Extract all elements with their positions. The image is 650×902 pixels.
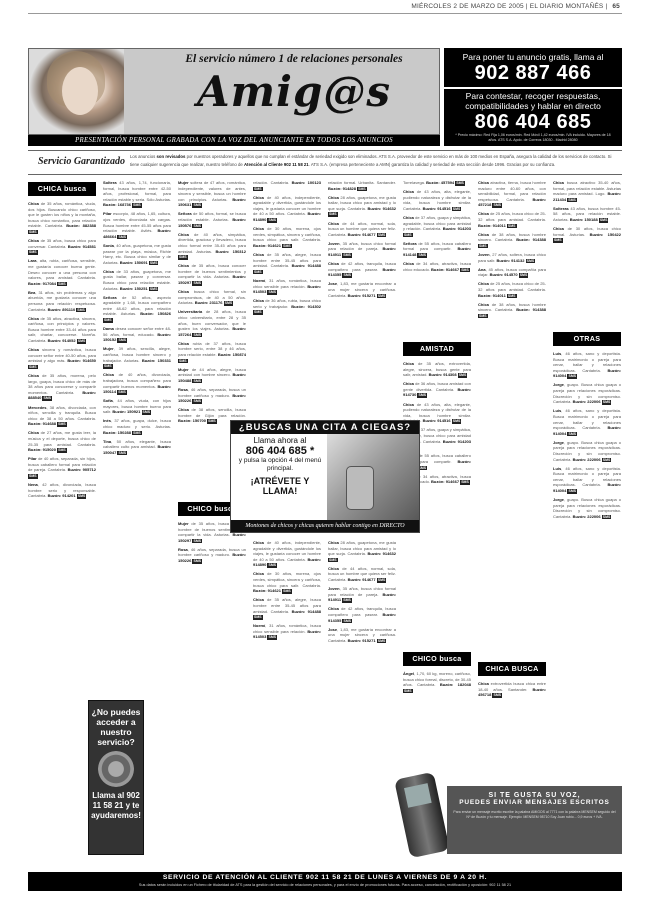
ad-item: Chica de 34 años, atractiva, busca chico… — [403, 261, 471, 272]
ad-item: Chica de 43 años, alta, elegante, pudien… — [403, 189, 471, 211]
ad-item: Pilar de 40 años, separada, sin hijos, b… — [28, 456, 96, 478]
ad-item: Luis, 46 años, sano y deportista. Busca … — [553, 351, 621, 379]
ad-item: Jose, 1,83, me gustaría encontrar a una … — [328, 627, 396, 644]
ad-item: Sonia, 40 años, guapetona, me gusta pase… — [103, 243, 171, 265]
ad-item: Chica de 35 años, alegre, busca hombre e… — [253, 252, 321, 274]
ad-item: Mujer, 39 años, sencilla, alegre, cariño… — [103, 346, 171, 368]
ad-item: Señora de 52 años, aspecto agradable y 1… — [103, 295, 171, 323]
section-chico-busca-chico: CHICO busca CHICO — [403, 652, 471, 666]
ad-item: Chica de 27 años, me gusta leer, la músi… — [28, 430, 96, 452]
ad-item: Inés, 37 años, guapa, dulce, busca chico… — [103, 418, 171, 435]
ad-item: Chica de 30 años, morena, ojos verdes, s… — [253, 571, 321, 593]
ad-item: Chica de 35 años, busca chico para conve… — [28, 238, 96, 255]
section-chica-busca-chico: CHICA busca CHICO — [28, 182, 96, 196]
guarantee-text: Los anuncios son revisados por nuestros … — [130, 153, 618, 168]
voice-sms-line2: PUEDES ENVIAR MENSAJES ESCRITOS — [447, 799, 622, 806]
column-5-lower: Chica 28 años, guapetona, me gusta baila… — [328, 540, 396, 647]
ad-item: Jose, 1,83, me gustaría encontrar a una … — [328, 281, 396, 298]
ad-item: Chica de 37 años, guapa y simpática, agr… — [403, 215, 471, 237]
gear-icon — [98, 751, 134, 787]
service-help-call[interactable]: Llama al 902 11 58 21 y te ayudaremos! — [89, 791, 143, 821]
ad-item: Chica de 30 años, morena, ojos verdes, s… — [253, 226, 321, 248]
ad-item: Tina, 50 años, elegante, busca caballero… — [103, 439, 171, 456]
ad-item: Chica de 44 años, normal, sola, busca un… — [328, 221, 396, 238]
ad-item: Mujer de 44 años, alegre, busca amistad … — [178, 367, 246, 384]
ad-item: Chica de 40 años, independiente, agradab… — [253, 195, 321, 223]
ad-item: Luis, 46 años, sano y deportista. Busca … — [553, 408, 621, 436]
photo-face — [62, 67, 98, 115]
guarantee-phone: Atención al Cliente 902 11 58 21 — [244, 162, 309, 167]
phone-screen — [404, 783, 432, 808]
voice-sms-box: SI TE GUSTA SU VOZ, PUEDES ENVIAR MENSAJ… — [447, 786, 622, 854]
ad-item: Chica de 38 años, busca hombre sincero. … — [478, 232, 546, 249]
ad-item: Chica de 36 años, busca amistad con gent… — [403, 381, 471, 398]
pricing-fine-print: * Precio máximo: Red Fija 1,06 euros/min… — [444, 133, 622, 142]
guarantee-text-bold: son revisados — [157, 154, 186, 159]
ad-item: Chica extrovertida busca chica entre 18-… — [478, 681, 546, 698]
ad-item: Lara, alta, rubia, cariñosa, sensible, m… — [28, 258, 96, 286]
amigas-banner: El servicio número 1 de relaciones perso… — [28, 48, 622, 146]
page-folio: MIÉRCOLES 2 DE MARZO DE 2005 | EL DIARIO… — [411, 3, 620, 10]
ad-item: Chica de 25 años, busca chico de 25-32 a… — [478, 281, 546, 298]
ad-item: Jorge, guapo. Busca chica guapa o pareja… — [553, 497, 621, 519]
column-1: CHICA busca CHICO Chica de 35 años, romá… — [28, 180, 96, 860]
ad-item: Chica de 40 años, divorciada, trabajador… — [103, 372, 171, 394]
ad-item: Luis, 46 años, sano y deportista. Busca … — [553, 466, 621, 494]
section-otras-relaciones: OTRAS RELACIONES — [553, 332, 621, 346]
column-8: Chica busca atractivo 35-40 años, formal… — [553, 180, 621, 860]
footer-service-hours: SERVICIO DE ATENCIÓN AL CLIENTE 902 11 5… — [28, 873, 622, 882]
reply-phone[interactable]: 806 404 685 — [444, 111, 622, 133]
ad-item: Pilar escorpio, 48 años, 1,65, cultura, … — [103, 211, 171, 239]
column-7: Chica atractiva, tierna, busca hombre ma… — [478, 180, 546, 860]
ad-item: Señora de 50 años, formal, se busca rela… — [178, 211, 246, 228]
blind-date-copy: Llama ahora al 806 404 685 * y pulsa la … — [235, 436, 325, 496]
post-ad-label: Para poner tu anuncio gratis, llama al — [444, 52, 622, 62]
blind-date-headline: ¿BUSCAS UNA CITA A CIEGAS? — [231, 421, 419, 434]
ad-item: Chica de 35 años, morena, pelo largo, gu… — [28, 373, 96, 401]
ad-item: Chica de 33 años, guapetona, me gusta ba… — [103, 269, 171, 291]
ad-item: Noemí, 31 años, romántica, busca chico s… — [253, 623, 321, 640]
otras-relaciones-block: OTRAS RELACIONES Luis, 46 años, sano y d… — [553, 330, 621, 523]
guarantee-strip: Servicio Garantizado Los anuncios son re… — [28, 150, 622, 175]
blind-date-promo[interactable]: ¿BUSCAS UNA CITA A CIEGAS? Llama ahora a… — [230, 420, 420, 533]
ad-item: Chica de 35 años, alegre, busca hombre e… — [253, 597, 321, 619]
mobile-phone-icon — [346, 466, 374, 510]
ad-item: Chica de 25 años, busca chico de 25-32 a… — [478, 211, 546, 228]
ad-item: Chica rubia de 37 años, busca hombre ser… — [178, 341, 246, 363]
ad-item: Solteras 43 años, busca hombre 45-58 año… — [553, 206, 621, 223]
post-ad-phone[interactable]: 902 887 466 — [444, 62, 622, 84]
ad-item: Joven, 35 años, busca chico formal para … — [328, 241, 396, 258]
ad-item: Rosa, 46 años, separada, busca un hombre… — [178, 387, 246, 404]
section-amistad: AMISTAD — [403, 342, 471, 356]
ad-item: Chica busca chico formal, sin compromiso… — [178, 289, 246, 306]
blind-date-cta: ¡ATRÉVETE Y LLAMA! — [235, 476, 325, 496]
ad-item: relación. Cantabria. Buzón: 100123 SMS — [253, 180, 321, 191]
ad-item: Bea, 31 años, sin problemas y algo aburr… — [28, 290, 96, 312]
chico-busca-chico-block: CHICO busca CHICO Ángel, 1,70, 60 kg, mo… — [403, 650, 471, 697]
ad-item: Rosa, 46 años, separada, busca un hombre… — [178, 547, 246, 564]
ad-item: Mujer soltera de 47 años, romántica, ind… — [178, 180, 246, 208]
guarantee-title: Servicio Garantizado — [38, 156, 125, 167]
ad-item: Chica de 42 años, tranquila, busca compa… — [328, 606, 396, 623]
footer-privacy-notice: Sus datos serán incluidos en un Fichero … — [28, 882, 622, 889]
service-help-question: ¿No puedes acceder a nuestro servicio? — [89, 707, 143, 747]
folio-date: MIÉRCOLES 2 DE MARZO DE 2005 — [411, 3, 524, 10]
ad-item: Nena, 42 años, divorciada, busca hombre … — [28, 482, 96, 499]
ad-item: Mercedes, 38 años, divorciada, con niños… — [28, 405, 96, 427]
ad-item: Chica de 44 años, normal, sola, busca un… — [328, 566, 396, 583]
ad-item: Chica de 40 años, simpática, divertida, … — [178, 232, 246, 260]
column-4-lower: Chica de 40 años, independiente, agradab… — [253, 540, 321, 644]
ad-item: Chica de 35 años, atractiva, sincera, ca… — [28, 316, 96, 344]
ad-item: Chica de 36 años, rubia, busca chico ser… — [253, 298, 321, 315]
customer-service-footer: SERVICIO DE ATENCIÓN AL CLIENTE 902 11 5… — [28, 872, 622, 891]
ad-item: Señora de 55 años, busca caballero forma… — [403, 241, 471, 258]
chica-busca-chica-block: CHICA BUSCA CHICA Chica extrovertida bus… — [478, 660, 546, 701]
blind-date-footer: Montones de chicos y chicas quieren habl… — [231, 520, 419, 532]
ad-item: Joven, 27 años, soltera, busca chico par… — [478, 252, 546, 263]
folio-page-number: 65 — [612, 3, 620, 10]
blind-date-phone[interactable]: 806 404 685 * — [235, 445, 325, 457]
ad-item: Chica sincera y romántica, busca conocer… — [28, 347, 96, 369]
woman-photo — [29, 49, 124, 135]
ad-item: Jorge, guapo. Busca chica guapa o pareja… — [553, 440, 621, 462]
ad-item: Chica 28 años, guapetona, me gusta baila… — [328, 195, 396, 217]
ad-item: Chica de 42 años, tranquila, busca compa… — [328, 261, 396, 278]
ad-item: Chica atractiva, tierna, busca hombre ma… — [478, 180, 546, 208]
banner-main: El servicio número 1 de relaciones perso… — [28, 48, 440, 135]
presentation-bar: PRESENTACIÓN PERSONAL GRABADA CON LA VOZ… — [28, 135, 440, 146]
ad-item: Chica de 35 años, extrovertida, alegre, … — [403, 361, 471, 378]
guarantee-text-part: . ATS S.A. (empresa perteneciente a AMN)… — [309, 162, 556, 167]
guarantee-text-part: Los anuncios — [130, 154, 157, 159]
ad-item: Noemí, 31 años, romántica, busca chico s… — [253, 278, 321, 295]
ad-item: Chica de 35 años, busca conocer hombre d… — [178, 263, 246, 285]
ad-item: Soltera 43 años, 1,74, funcionaria, form… — [103, 180, 171, 208]
voice-sms-line1: SI TE GUSTA SU VOZ, — [447, 792, 622, 799]
ad-item: Chica busca atractivo 35-40 años, formal… — [553, 180, 621, 202]
voice-sms-fine-print: Para enviar un mensaje escrito escribe l… — [447, 810, 622, 820]
ad-item: Dama desea conocer señor entre 48-56 año… — [103, 326, 171, 343]
service-help-promo[interactable]: ¿No puedes acceder a nuestro servicio? L… — [88, 700, 144, 855]
banner-tagline: El servicio número 1 de relaciones perso… — [149, 53, 439, 65]
ad-item: Chica de 35 años, romántica, viuda, dos … — [28, 201, 96, 235]
ad-item: Torrelavega. Buzón: 457594 SMS — [403, 180, 471, 186]
ad-item: Universitaria de 28 años, busca chico un… — [178, 309, 246, 337]
blind-date-line1: Llama ahora al — [235, 436, 325, 445]
header-rule — [28, 13, 622, 14]
ad-item: Chica de 30 años, busca chico formal. As… — [553, 226, 621, 243]
ad-item: Chica de 40 años, independiente, agradab… — [253, 540, 321, 568]
section-chica-busca-chica: CHICA BUSCA CHICA — [478, 662, 546, 676]
phones-divider — [444, 87, 622, 89]
ad-item: Sofía, 44 años, viuda, con hijos mayores… — [103, 398, 171, 415]
blind-date-line2: y pulsa la opción 4 del menú principal. — [235, 457, 325, 473]
ad-item: Jorge, guapo. Busca chica guapa o pareja… — [553, 382, 621, 404]
folio-publication: EL DIARIO MONTAÑÉS — [530, 3, 604, 10]
banner-phones: Para poner tu anuncio gratis, llama al 9… — [444, 48, 622, 146]
brand-logo: Amig@s — [139, 67, 440, 116]
ad-item: Chica 28 años, guapetona, me gusta baila… — [328, 540, 396, 562]
ad-item: relación formal. Urbanita. Santander. Bu… — [328, 180, 396, 191]
mobile-phone-icon — [394, 772, 450, 859]
ad-item: Ángel, 1,70, 60 kg, moreno, cariñoso, bu… — [403, 671, 471, 693]
voice-sms-promo: SI TE GUSTA SU VOZ, PUEDES ENVIAR MENSAJ… — [402, 760, 622, 855]
reply-label: Para contestar, recoger respuestas, comp… — [444, 91, 622, 111]
ad-item: Chica de 38 años, busca hombre sincero. … — [478, 302, 546, 319]
ad-item: Joven, 35 años, busca chico formal para … — [328, 586, 396, 603]
ad-item: Ana, 45 años, busca compañía para viajar… — [478, 267, 546, 278]
